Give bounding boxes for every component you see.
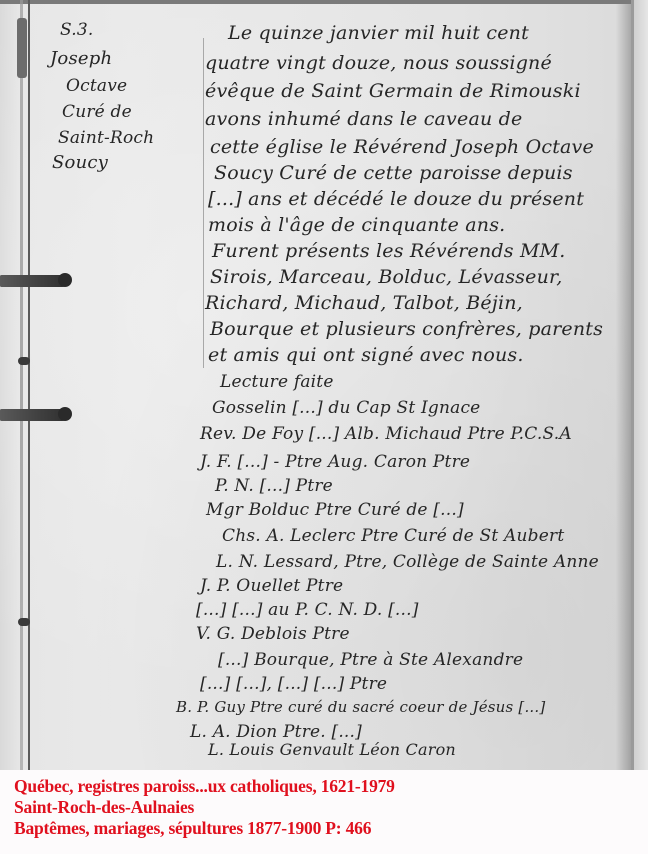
signature-line: Mgr Bolduc Ptre Curé de [...] bbox=[206, 500, 464, 520]
signature-line: Gosselin [...] du Cap St Ignace bbox=[212, 398, 480, 418]
record-line: évêque de Saint Germain de Rimouski bbox=[205, 80, 581, 102]
margin-note-line: Joseph bbox=[50, 48, 112, 69]
signature-line: B. P. Guy Ptre curé du sacré coeur de Jé… bbox=[176, 698, 545, 716]
record-line: Richard, Michaud, Talbot, Béjin, bbox=[205, 292, 523, 314]
caption-collection: Québec, registres paroiss...ux catholiqu… bbox=[14, 776, 648, 797]
signature-line: [...] Bourque, Ptre à Ste Alexandre bbox=[218, 650, 523, 670]
record-line: Sirois, Marceau, Bolduc, Lévasseur, bbox=[210, 266, 562, 288]
signature-line: L. N. Lessard, Ptre, Collège de Sainte A… bbox=[216, 552, 599, 572]
record-line: avons inhumé dans le caveau de bbox=[205, 108, 522, 130]
record-line: quatre vingt douze, nous soussigné bbox=[205, 52, 552, 74]
signature-line: Chs. A. Leclerc Ptre Curé de St Aubert bbox=[222, 526, 564, 546]
record-line: mois à l'âge de cinquante ans. bbox=[208, 214, 505, 236]
caption-record-set: Baptêmes, mariages, sépultures 1877-1900… bbox=[14, 818, 648, 839]
signature-line: Rev. De Foy [...] Alb. Michaud Ptre P.C.… bbox=[200, 424, 572, 444]
deceased-surname: Soucy bbox=[52, 152, 108, 173]
margin-rule bbox=[203, 38, 204, 368]
binder-ring-icon bbox=[0, 409, 68, 421]
signature-line: V. G. Deblois Ptre bbox=[196, 624, 350, 644]
caption-parish: Saint-Roch-des-Aulnaies bbox=[14, 797, 648, 818]
binding-spine bbox=[28, 0, 30, 770]
signature-line: P. N. [...] Ptre bbox=[215, 476, 333, 496]
signature-line: L. A. Dion Ptre. [...] bbox=[190, 722, 362, 742]
signature-line: J. P. Ouellet Ptre bbox=[200, 576, 343, 596]
margin-note-line: Octave bbox=[66, 76, 127, 96]
record-line: Furent présents les Révérends MM. bbox=[212, 240, 566, 262]
image-caption: Québec, registres paroiss...ux catholiqu… bbox=[0, 770, 648, 854]
register-page-scan: S.3. Joseph Octave Curé de Saint-Roch So… bbox=[0, 0, 648, 770]
binding-knot bbox=[18, 357, 30, 365]
signature-line: Lecture faite bbox=[220, 372, 334, 392]
record-number: S.3. bbox=[60, 20, 93, 40]
binding-tube bbox=[17, 18, 27, 78]
record-line: Soucy Curé de cette paroisse depuis bbox=[214, 162, 573, 184]
page-top-edge bbox=[0, 0, 648, 4]
record-line: [...] ans et décédé le douze du présent bbox=[208, 188, 584, 210]
binding-knot bbox=[18, 618, 30, 626]
signature-line: L. Louis Genvault Léon Caron bbox=[208, 740, 456, 759]
record-line: cette église le Révérend Joseph Octave bbox=[210, 136, 594, 158]
margin-note-line: Curé de bbox=[62, 102, 132, 122]
record-line: Le quinze janvier mil huit cent bbox=[228, 22, 529, 44]
page-edge-shadow bbox=[634, 0, 648, 770]
binder-ring-icon bbox=[0, 275, 68, 287]
margin-note-line: Saint-Roch bbox=[58, 128, 154, 148]
signature-line: J. F. [...] - Ptre Aug. Caron Ptre bbox=[200, 452, 470, 472]
record-line: Bourque et plusieurs confrères, parents bbox=[210, 318, 603, 340]
signature-line: [...] [...], [...] [...] Ptre bbox=[200, 674, 387, 694]
binding-spine-shadow bbox=[20, 0, 23, 770]
signature-line: [...] [...] au P. C. N. D. [...] bbox=[196, 600, 419, 620]
record-line: et amis qui ont signé avec nous. bbox=[208, 344, 524, 366]
